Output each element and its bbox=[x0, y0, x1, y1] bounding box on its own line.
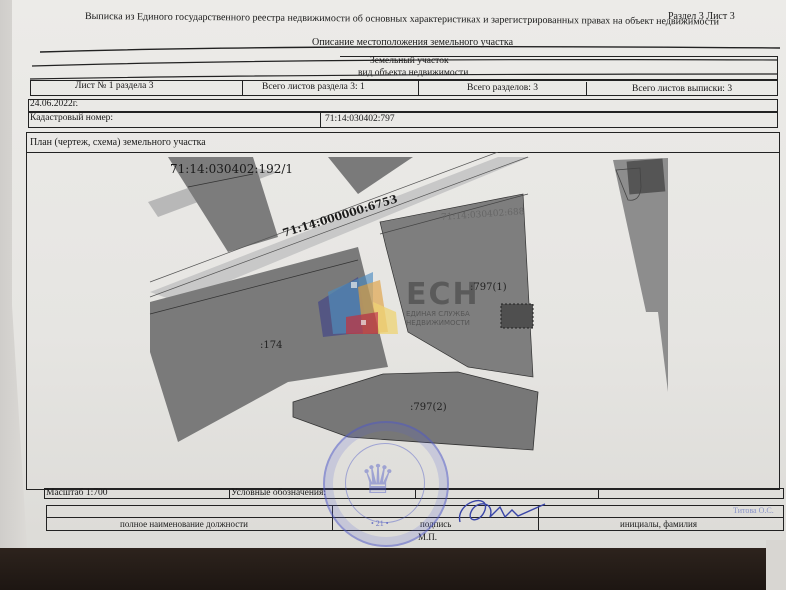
plan-title: План (чертеж, схема) земельного участка bbox=[30, 137, 206, 148]
watermark-brand: ЕСН bbox=[406, 277, 480, 312]
initials-caption: инициалы, фамилия bbox=[620, 519, 697, 529]
official-stamp: ♛ • 21 • bbox=[323, 421, 449, 547]
label-parcel-192: 71:14:030402:192/1 bbox=[170, 162, 293, 176]
stamp-number: • 21 • bbox=[371, 519, 389, 528]
cadastral-row bbox=[28, 112, 778, 128]
cadastral-number: 71:14:030402:797 bbox=[325, 114, 395, 124]
map-scale: Масштаб 1:700 bbox=[46, 488, 108, 498]
signature-scribble bbox=[450, 492, 550, 532]
object-type-caption: вид объекта недвижимости bbox=[358, 68, 468, 78]
extract-date: 24.06.2022г. bbox=[30, 99, 78, 109]
desk-surface bbox=[0, 548, 786, 590]
signer-name: Титова О.С. bbox=[733, 506, 774, 515]
watermark-line1: ЕДИНАЯ СЛУЖБА bbox=[406, 310, 470, 318]
total-sheets-section: Всего листов раздела 3: 1 bbox=[262, 82, 365, 92]
total-sheets-extract: Всего листов выписки: 3 bbox=[632, 84, 732, 94]
cadastral-label: Кадастровый номер: bbox=[30, 113, 113, 123]
legend-label: Условные обозначения: bbox=[231, 488, 326, 498]
paper-edge bbox=[766, 540, 786, 590]
object-type-value: Земельный участок bbox=[370, 56, 449, 66]
watermark-line2: НЕДВИЖИМОСТИ bbox=[406, 319, 470, 327]
divider bbox=[418, 81, 419, 96]
divider bbox=[586, 82, 587, 96]
label-part-797-2: :797(2) bbox=[410, 402, 447, 413]
position-caption: полное наименование должности bbox=[120, 519, 248, 529]
divider bbox=[598, 488, 599, 499]
label-parcel-174: :174 bbox=[260, 340, 282, 351]
sheet-label: Лист № 1 раздела 3 bbox=[75, 81, 154, 91]
divider bbox=[242, 80, 243, 96]
total-sections: Всего разделов: 3 bbox=[467, 83, 538, 93]
coat-of-arms-icon: ♛ bbox=[360, 456, 396, 503]
divider bbox=[320, 112, 321, 128]
date-row bbox=[28, 99, 778, 112]
